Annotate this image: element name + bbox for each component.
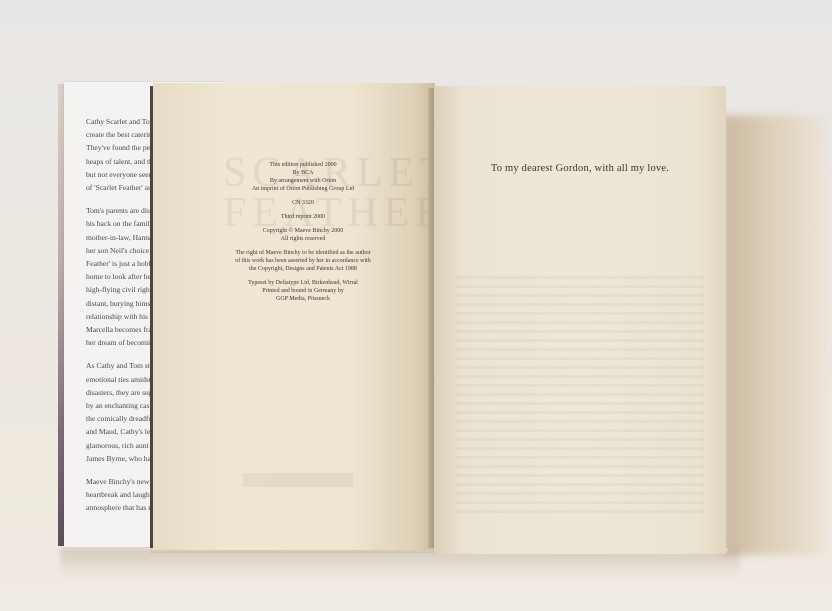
imprint-block: This edition published 2000 By BCA By ar… xyxy=(213,161,393,303)
catalog-number: CN 3320 xyxy=(213,199,393,207)
bleed-through-logo xyxy=(243,473,353,487)
book-photo: Cathy Scarlet and Tom create the best ca… xyxy=(0,0,832,611)
copyright-line: Copyright © Maeve Binchy 2000 xyxy=(213,227,393,235)
book-shadow-right xyxy=(722,115,832,555)
reprint-line: Third reprint 2000 xyxy=(213,213,393,221)
copyright-page: SCARLET FEATHER This edition published 2… xyxy=(153,83,435,550)
bleed-through-text xyxy=(456,276,704,516)
dedication-page: To my dearest Gordon, with all my love. xyxy=(434,86,726,554)
dedication-text: To my dearest Gordon, with all my love. xyxy=(434,163,726,174)
